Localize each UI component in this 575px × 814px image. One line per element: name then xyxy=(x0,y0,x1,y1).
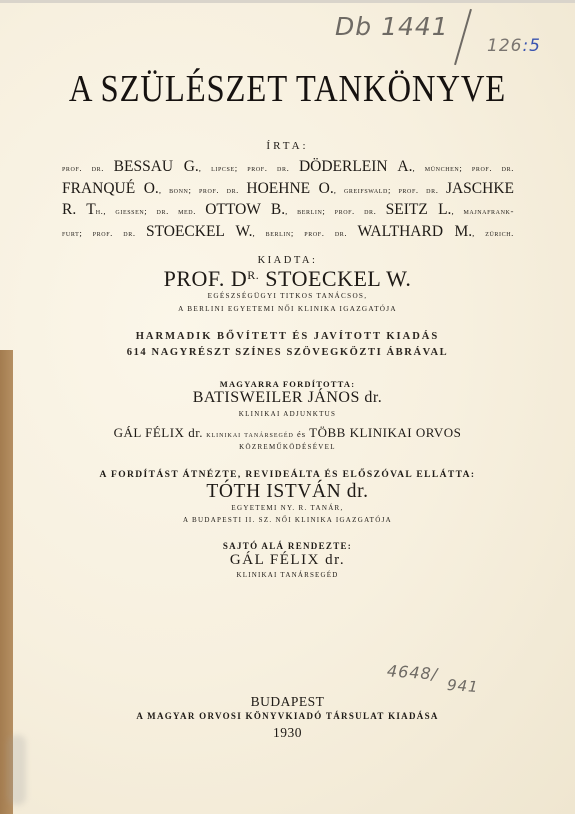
author-affiliation-text: , greifswald; prof. dr. xyxy=(334,185,446,195)
translator-role: KLINIKAI ADJUNKTUS xyxy=(0,410,575,418)
collaborator-name: GÁL FÉLIX dr. xyxy=(114,425,203,440)
editor-label: KIADTA: xyxy=(0,255,575,266)
collaborators-line-2: KÖZREMŰKÖDÉSÉVEL xyxy=(0,443,575,451)
editor-role-2: A BERLINI EGYETEMI NŐI KLINIKA IGAZGATÓJ… xyxy=(0,305,575,313)
author-line: R. Th., giessen; dr. med. OTTOW B., berl… xyxy=(62,200,514,222)
page-top-edge xyxy=(0,0,575,3)
handwritten-shelfmark-suffix: 126:5 xyxy=(487,36,541,56)
author-name: WALTHARD M. xyxy=(358,223,473,240)
collaborator-role: klinikai tanársegéd xyxy=(203,429,297,439)
author-name: OTTOW B. xyxy=(205,201,285,218)
author-affiliation-text: , majnafrank- xyxy=(451,206,514,216)
translator-name: BATISWEILER JÁNOS dr. xyxy=(0,389,575,407)
handwritten-slash xyxy=(454,9,472,65)
collaborators-line: GÁL FÉLIX dr. klinikai tanársegéd és TÖB… xyxy=(0,425,575,441)
revision-label: A FORDÍTÁST ÁTNÉZTE, REVIDEÁLTA ÉS ELŐSZ… xyxy=(0,470,575,480)
translation-label: MAGYARRA FORDÍTOTTA: xyxy=(0,379,575,389)
author-line: furt; prof. dr. STOECKEL W., berlin; pro… xyxy=(62,222,514,244)
author-affiliation-text: , bonn; prof. dr. xyxy=(159,185,247,195)
editor-role-1: EGÉSZSÉGÜGYI TITKOS TANÁCSOS, xyxy=(0,292,575,300)
editor-name-sup: R. xyxy=(247,268,259,282)
author-name: JASCHKE xyxy=(446,180,514,197)
author-affiliation-text: , münchen; prof. dr. xyxy=(412,163,514,173)
authors-list: prof. dr. BESSAU G., lipcse; prof. dr. D… xyxy=(62,157,514,243)
author-affiliation-text: , lipcse; prof. dr. xyxy=(199,163,299,173)
press-editor-role: KLINIKAI TANÁRSEGÉD xyxy=(0,571,575,579)
imprint-publisher: A MAGYAR ORVOSI KÖNYVKIADÓ TÁRSULAT KIAD… xyxy=(0,711,575,721)
handwritten-shelfmark: Db 1441 xyxy=(335,12,449,41)
reviser-role-2: A BUDAPESTI II. SZ. NŐI KLINIKA IGAZGATÓ… xyxy=(0,516,575,524)
author-affiliation-text: , giessen; dr. med. xyxy=(103,206,205,216)
authors-label: ÍRTA: xyxy=(0,140,575,152)
paper-stain xyxy=(8,735,26,805)
title-page: Db 1441 126:5 A SZÜLÉSZET TANKÖNYVE ÍRTA… xyxy=(0,0,575,814)
handwritten-inventory-number: 4648/ xyxy=(386,661,438,684)
editor-name-prefix: PROF. D xyxy=(164,266,248,291)
shelfmark-suffix-pencil: 126 xyxy=(487,36,522,56)
author-affiliation-text: , berlin; prof. dr. xyxy=(285,206,385,216)
author-line: prof. dr. BESSAU G., lipcse; prof. dr. D… xyxy=(62,157,514,179)
author-affiliation-text: furt; prof. dr. xyxy=(62,228,146,238)
editor-name-main: STOECKEL W. xyxy=(259,266,411,291)
reviser-name: TÓTH ISTVÁN dr. xyxy=(0,481,575,503)
author-affiliation-text: prof. dr. xyxy=(62,163,114,173)
author-name: BESSAU G. xyxy=(114,158,199,175)
author-name: HOEHNE O. xyxy=(246,180,333,197)
author-line: FRANQUÉ O., bonn; prof. dr. HOEHNE O., g… xyxy=(62,179,514,201)
press-editor-label: SAJTÓ ALÁ RENDEZTE: xyxy=(0,541,575,551)
book-title: A SZÜLÉSZET TANKÖNYVE xyxy=(40,67,535,111)
author-affiliation-text: , zürich. xyxy=(472,228,514,238)
author-affiliation-text: , berlin; prof. dr. xyxy=(253,228,358,238)
imprint-year: 1930 xyxy=(0,725,575,741)
author-name: DÖDERLEIN A. xyxy=(299,158,413,175)
editor-name: PROF. DR. STOECKEL W. xyxy=(0,266,575,292)
collaborator-others: TÖBB KLINIKAI ORVOS xyxy=(309,425,461,440)
edition-line-1: HARMADIK BŐVÍTETT ÉS JAVÍTOTT KIADÁS xyxy=(0,331,575,342)
shelfmark-suffix-blue: :5 xyxy=(522,36,541,56)
author-name: STOECKEL W. xyxy=(146,223,253,240)
author-name: R. T xyxy=(62,201,96,218)
author-name: FRANQUÉ O. xyxy=(62,180,159,197)
author-name: SEITZ L. xyxy=(386,201,452,218)
reviser-role-1: EGYETEMI NY. R. TANÁR, xyxy=(0,504,575,512)
imprint-city: BUDAPEST xyxy=(0,694,575,710)
press-editor-name: GÁL FÉLIX dr. xyxy=(0,552,575,569)
edition-line-2: 614 NAGYRÉSZT SZÍNES SZÖVEGKÖZTI ÁBRÁVAL xyxy=(0,347,575,358)
collaborator-and: és xyxy=(297,429,309,439)
